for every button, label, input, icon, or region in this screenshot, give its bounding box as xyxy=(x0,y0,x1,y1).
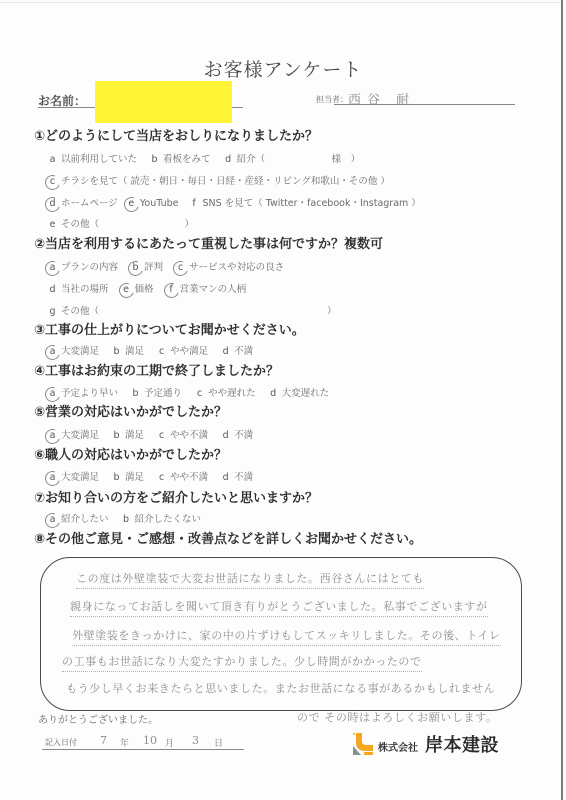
question-1-options-row-1: a以前利用していた b看板をみて d紹介（ 様 ） xyxy=(48,152,370,168)
option-q1-c[interactable]: cチラシを見て（ 読売・朝日・毎日・日経・産経・リビング和歌山・その他 ） xyxy=(48,174,390,190)
option-q6-a[interactable]: a大変満足 xyxy=(48,470,99,486)
question-3-heading: ③工事の仕上がりについてお聞かせください。 xyxy=(34,323,305,339)
page-edge-right xyxy=(561,0,563,800)
option-label: 大変満足 xyxy=(61,472,99,483)
date-month: 10 xyxy=(143,734,157,747)
option-q4-c[interactable]: cやや遅れた xyxy=(195,386,256,402)
option-letter: b xyxy=(122,512,131,528)
question-1-options-row-2: cチラシを見て（ 読売・朝日・毎日・日経・産経・リビング和歌山・その他 ） xyxy=(48,174,400,190)
option-label: 不満 xyxy=(234,430,253,441)
company-logo-icon xyxy=(352,732,374,756)
option-q1-f[interactable]: fSNS を見て（ Twitter・facebook・Instagram ） xyxy=(190,196,421,212)
option-label: チラシを見て（ 読売・朝日・毎日・日経・産経・リビング和歌山・その他 ） xyxy=(61,176,390,187)
option-letter: b xyxy=(131,386,140,402)
date-day-unit: 日 xyxy=(214,736,223,749)
option-letter: a xyxy=(48,470,57,486)
name-redaction-block xyxy=(95,81,232,123)
option-label: 満足 xyxy=(125,430,144,441)
option-label: やや満足 xyxy=(170,346,208,357)
option-q3-c[interactable]: cやや満足 xyxy=(157,344,208,360)
comment-line-2: 親身になってお話しを聞いて頂き有りがとうございました。私事でございますが xyxy=(70,599,488,617)
option-q5-b[interactable]: b満足 xyxy=(112,428,144,444)
question-2-options-row-3: gその他（ ） xyxy=(48,304,347,320)
option-q4-a[interactable]: a予定より早い xyxy=(48,386,118,402)
option-label: その他（ ） xyxy=(61,306,337,317)
comment-line-4: の工事もお世話になり大変たすかりました。少し時間がかかったので xyxy=(62,654,422,672)
option-letter: e xyxy=(48,217,57,233)
option-label: 以前利用していた xyxy=(61,154,137,165)
option-q1-other[interactable]: eその他（ ） xyxy=(48,217,194,233)
date-year-unit: 年 xyxy=(120,736,129,749)
option-label: やや遅れた xyxy=(208,388,256,399)
question-8-heading: ⑧その他ご意見・ご感想・改善点などを詳しくお聞かせください。 xyxy=(34,532,422,548)
option-letter: b xyxy=(112,344,121,360)
question-1-options-row-4: eその他（ ） xyxy=(48,217,204,233)
comment-line-5: もう少し早くお来きたらと思いました。またお世話になる事があるかもしれません xyxy=(66,681,495,698)
question-7-heading: ⑦お知り合いの方をご紹介したいと思いますか？ xyxy=(34,491,318,507)
question-5-heading: ⑤営業の対応はいかがでしたか？ xyxy=(34,405,227,421)
option-q1-e[interactable]: eYouTube xyxy=(127,196,179,212)
question-6-heading: ⑥職人の対応はいかがでしたか？ xyxy=(34,448,227,464)
question-2-options-row-2: d当社の場所 e価格 f営業マンの人柄 xyxy=(48,282,256,298)
option-q1-a[interactable]: a以前利用していた xyxy=(48,152,137,168)
option-letter: c xyxy=(157,470,166,486)
option-q4-d[interactable]: d大変遅れた xyxy=(269,386,330,402)
option-label: 大変満足 xyxy=(61,346,99,357)
option-label: やや不満 xyxy=(170,430,208,441)
option-label: 紹介したい xyxy=(61,514,109,525)
option-label: サービスや対応の良さ xyxy=(189,262,284,273)
date-month-unit: 月 xyxy=(165,736,174,749)
staff-underline xyxy=(334,104,515,105)
option-label: 大変遅れた xyxy=(282,388,330,399)
option-letter: a xyxy=(48,260,57,276)
option-label: プランの内容 xyxy=(61,262,118,273)
question-6-options: a大変満足 b満足 cやや不満 d不満 xyxy=(48,470,263,486)
option-letter: d xyxy=(48,196,57,212)
option-letter: d xyxy=(221,470,230,486)
option-letter: a xyxy=(48,344,57,360)
question-7-options: a紹介したい b紹介したくない xyxy=(48,512,211,528)
question-2-options-row-1: aプランの内容 b評判 cサービスや対応の良さ xyxy=(48,260,294,276)
option-letter: c xyxy=(176,260,185,276)
staff-name-handwritten: 西谷 耐 xyxy=(348,89,415,108)
option-q2-e[interactable]: e価格 xyxy=(122,282,154,298)
option-letter: f xyxy=(190,196,199,212)
option-letter: g xyxy=(48,304,57,320)
option-letter: d xyxy=(269,386,278,402)
option-letter: a xyxy=(48,386,57,402)
option-letter: c xyxy=(195,386,204,402)
option-label: 紹介したくない xyxy=(135,514,202,525)
option-label: 大変満足 xyxy=(61,430,99,441)
option-letter: b xyxy=(112,470,121,486)
date-year: 7 xyxy=(100,734,107,747)
date-day: 3 xyxy=(192,734,199,747)
option-letter: f xyxy=(167,282,176,298)
option-q2-a[interactable]: aプランの内容 xyxy=(48,260,118,276)
option-label: 紹介（ 様 ） xyxy=(237,154,361,165)
option-label: 営業マンの人柄 xyxy=(180,284,247,295)
option-letter: a xyxy=(48,428,57,444)
option-letter: b xyxy=(112,428,121,444)
question-4-heading: ④工事はお約束の工期で終了しましたか？ xyxy=(34,364,279,380)
option-label: 満足 xyxy=(125,472,144,483)
option-letter: e xyxy=(122,282,131,298)
question-3-options: a大変満足 b満足 cやや満足 d不満 xyxy=(48,344,263,360)
option-q1-referral[interactable]: d紹介（ 様 ） xyxy=(224,152,361,168)
option-q2-f[interactable]: f営業マンの人柄 xyxy=(167,282,247,298)
option-q1-d[interactable]: dホームページ xyxy=(48,196,118,212)
option-letter: d xyxy=(48,282,57,298)
option-q5-d[interactable]: d不満 xyxy=(221,428,253,444)
option-q2-b[interactable]: b評判 xyxy=(131,260,163,276)
option-q3-b[interactable]: b満足 xyxy=(112,344,144,360)
comment-line-6: ので その時はよろしくお願いします。 xyxy=(297,710,497,727)
option-q4-b[interactable]: b予定通り xyxy=(131,386,182,402)
option-label: 不満 xyxy=(234,346,253,357)
question-1-options-row-3: dホームページ eYouTube fSNS を見て（ Twitter・faceb… xyxy=(48,196,431,212)
option-label: ホームページ xyxy=(61,198,118,209)
option-letter: d xyxy=(221,344,230,360)
option-q6-b[interactable]: b満足 xyxy=(112,470,144,486)
option-label: 満足 xyxy=(125,346,144,357)
option-letter: c xyxy=(48,174,57,190)
option-label: SNS を見て（ Twitter・facebook・Instagram ） xyxy=(203,198,421,209)
option-q6-c[interactable]: cやや不満 xyxy=(157,470,208,486)
option-q7-b[interactable]: b紹介したくない xyxy=(122,512,202,528)
company-name: 岸本建設 xyxy=(425,731,499,757)
option-q3-a[interactable]: a大変満足 xyxy=(48,344,99,360)
option-letter: c xyxy=(157,428,166,444)
option-label: 価格 xyxy=(135,284,154,295)
option-label: 看板をみて xyxy=(163,154,211,165)
option-letter: b xyxy=(150,152,159,168)
option-letter: d xyxy=(224,152,233,168)
option-q7-a[interactable]: a紹介したい xyxy=(48,512,109,528)
option-letter: b xyxy=(131,260,140,276)
option-letter: d xyxy=(221,428,230,444)
question-2-heading: ②当店を利用するにあたって重視した事は何ですか？複数可 xyxy=(34,237,383,253)
option-q2-d[interactable]: d当社の場所 xyxy=(48,282,109,298)
option-label: YouTube xyxy=(140,198,179,209)
option-label: 予定より早い xyxy=(61,388,118,399)
comment-line-3: 外壁塗装をきっかけに、家の中の片ずけもしてスッキリしました。その後、トイレ xyxy=(72,628,501,646)
option-q2-g[interactable]: gその他（ ） xyxy=(48,304,337,320)
option-q6-d[interactable]: d不満 xyxy=(221,470,253,486)
question-1-heading: ①どのようにして当店をおしりになりましたか？ xyxy=(34,129,318,145)
option-q5-c[interactable]: cやや不満 xyxy=(157,428,208,444)
option-label: 当社の場所 xyxy=(61,284,109,295)
thanks-message: ありがとうございました。 xyxy=(38,711,158,726)
option-label: 不満 xyxy=(234,472,253,483)
option-letter: a xyxy=(48,512,57,528)
question-5-options: a大変満足 b満足 cやや不満 d不満 xyxy=(48,428,263,444)
option-q1-b[interactable]: b看板をみて xyxy=(150,152,211,168)
option-q3-d[interactable]: d不満 xyxy=(221,344,253,360)
option-label: 評判 xyxy=(144,262,163,273)
date-label: 記入日付 xyxy=(45,737,77,748)
option-label: 予定通り xyxy=(144,388,182,399)
question-4-options: a予定より早い b予定通り cやや遅れた d大変遅れた xyxy=(48,386,339,402)
date-underline xyxy=(42,749,244,750)
option-label: やや不満 xyxy=(170,472,208,483)
comment-line-1: この度は外壁塗装で大変お世話になりました。西谷さんにはとても xyxy=(76,571,424,589)
document-title: お客様アンケート xyxy=(0,55,566,82)
option-q5-a[interactable]: a大変満足 xyxy=(48,428,99,444)
company-prefix: 株式会社 xyxy=(378,739,418,754)
option-letter: a xyxy=(48,152,57,168)
option-q2-c[interactable]: cサービスや対応の良さ xyxy=(176,260,284,276)
option-letter: c xyxy=(157,344,166,360)
option-label: その他（ ） xyxy=(61,219,194,230)
option-letter: e xyxy=(127,196,136,212)
page-edge-top xyxy=(0,2,561,3)
